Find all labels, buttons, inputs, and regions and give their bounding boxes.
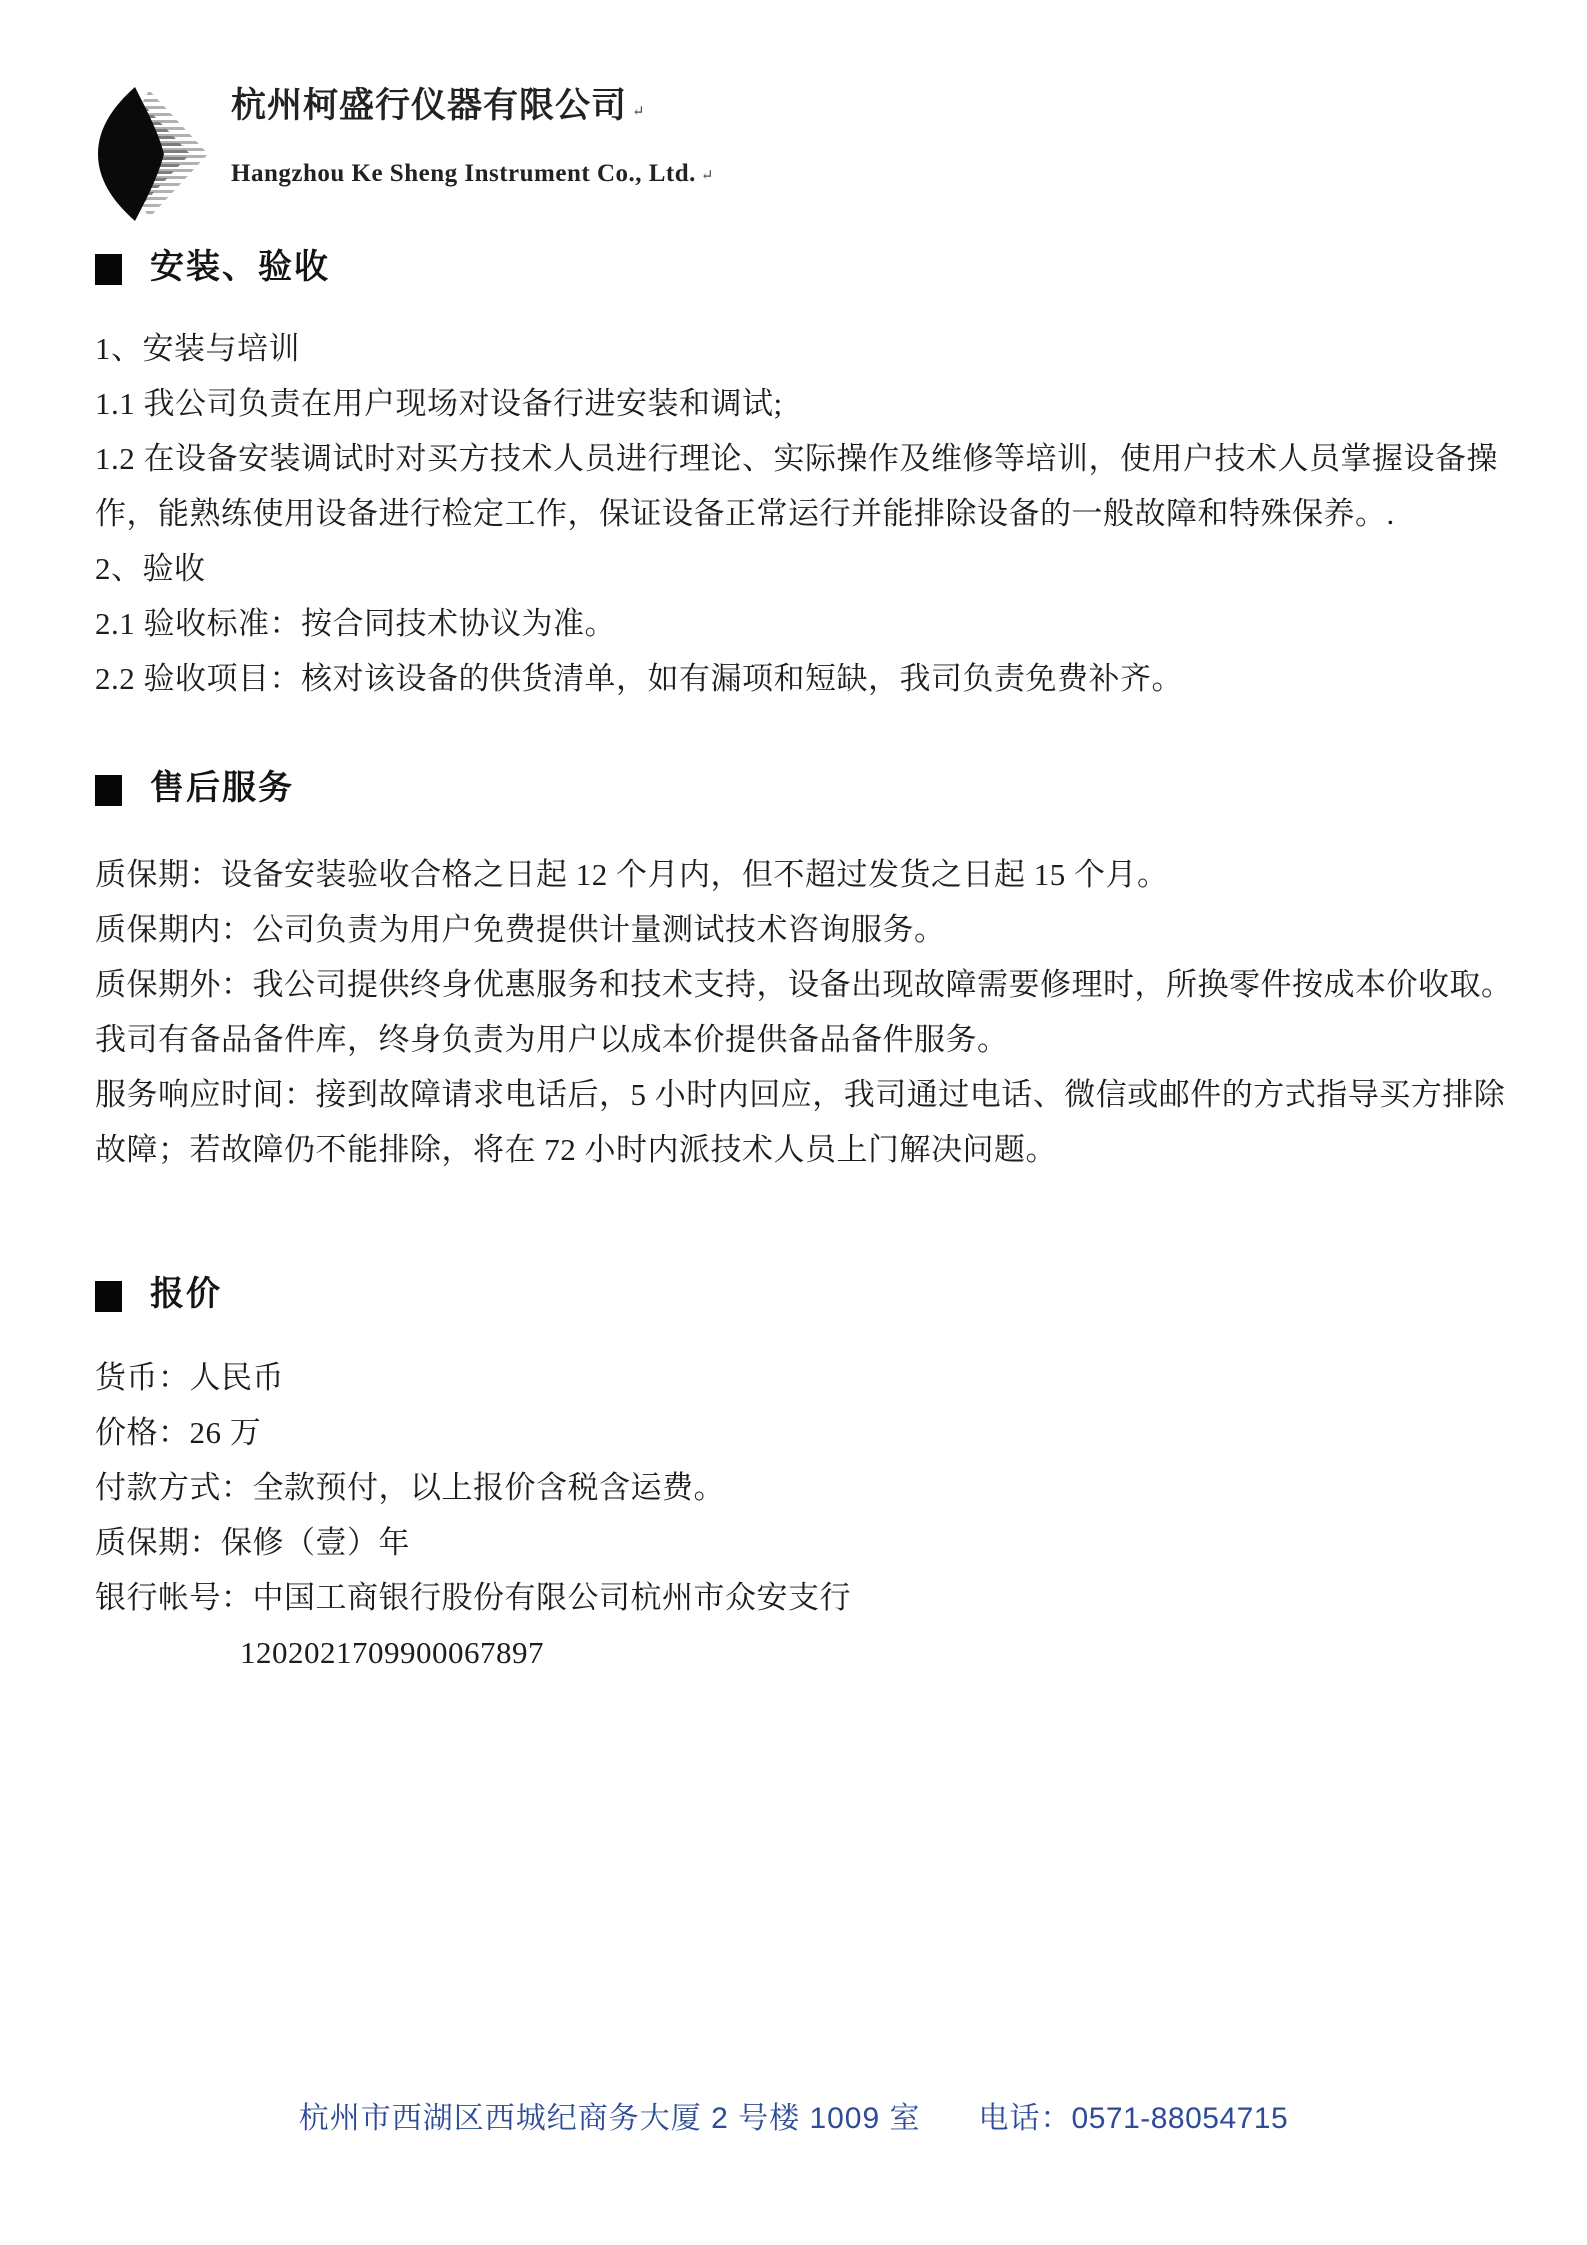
section-heading: 报价 [95, 1272, 1522, 1318]
section-bullet-icon [95, 1281, 122, 1312]
footer-phone-number: 0571-88054715 [1072, 2102, 1289, 2135]
section-title: 安装、验收 [150, 245, 330, 291]
section-title: 报价 [150, 1272, 222, 1318]
body-line: 2.2 验收项目：核对该设备的供货清单，如有漏项和短缺，我司负责免费补齐。 [95, 651, 1522, 706]
body-line: 作，能熟练使用设备进行检定工作，保证设备正常运行并能排除设备的一般故障和特殊保养… [95, 486, 1522, 541]
paragraph-return-mark: ↵ [701, 168, 714, 184]
company-name-en: Hangzhou Ke Sheng Instrument Co., Ltd.↵ [231, 160, 714, 188]
body-line: 货币：人民币 [95, 1350, 1522, 1405]
section-heading: 安装、验收 [95, 245, 1522, 291]
section-bullet-icon [95, 775, 122, 806]
company-name-zh-text: 杭州柯盛行仪器有限公司 [231, 86, 627, 125]
bank-account-number: 1202021709900067897 [95, 1625, 1522, 1680]
document-header: 杭州柯盛行仪器有限公司↵ Hangzhou Ke Sheng Instrumen… [87, 78, 1522, 230]
body-line: 质保期：保修（壹）年 [95, 1515, 1522, 1570]
section-heading: 售后服务 [95, 766, 1522, 812]
section-body: 质保期：设备安装验收合格之日起 12 个月内，但不超过发货之日起 15 个月。 … [95, 847, 1522, 1177]
body-line: 质保期：设备安装验收合格之日起 12 个月内，但不超过发货之日起 15 个月。 [95, 847, 1522, 902]
footer-address: 杭州市西湖区西城纪商务大厦 2 号楼 1009 室 [299, 2102, 921, 2135]
body-line: 我司有备品备件库，终身负责为用户以成本价提供备品备件服务。 [95, 1012, 1522, 1067]
body-line: 故障；若故障仍不能排除，将在 72 小时内派技术人员上门解决问题。 [95, 1122, 1522, 1177]
body-line: 1、安装与培训 [95, 321, 1522, 376]
section-title: 售后服务 [150, 766, 294, 812]
body-line: 质保期外：我公司提供终身优惠服务和技术支持，设备出现故障需要修理时，所换零件按成… [95, 957, 1522, 1012]
page-footer: 杭州市西湖区西城纪商务大厦 2 号楼 1009 室电话：0571-8805471… [0, 2098, 1587, 2140]
footer-phone-label: 电话： [979, 2102, 1072, 2135]
body-line: 服务响应时间：接到故障请求电话后，5 小时内回应，我司通过电话、微信或邮件的方式… [95, 1067, 1522, 1122]
body-line: 2.1 验收标准：按合同技术协议为准。 [95, 596, 1522, 651]
company-name-zh: 杭州柯盛行仪器有限公司↵ [231, 84, 714, 134]
section-body: 1、安装与培训 1.1 我公司负责在用户现场对设备行进安装和调试; 1.2 在设… [95, 321, 1522, 706]
section-quotation: 报价 货币：人民币 价格：26 万 付款方式：全款预付，以上报价含税含运费。 质… [95, 1272, 1522, 1680]
company-logo-icon [87, 78, 209, 230]
paragraph-return-mark: ↵ [632, 104, 646, 120]
section-after-sales-service: 售后服务 质保期：设备安装验收合格之日起 12 个月内，但不超过发货之日起 15… [95, 766, 1522, 1177]
body-line: 1.1 我公司负责在用户现场对设备行进安装和调试; [95, 376, 1522, 431]
body-line: 2、验收 [95, 541, 1522, 596]
section-body: 货币：人民币 价格：26 万 付款方式：全款预付，以上报价含税含运费。 质保期：… [95, 1350, 1522, 1680]
body-line: 质保期内：公司负责为用户免费提供计量测试技术咨询服务。 [95, 902, 1522, 957]
company-name-block: 杭州柯盛行仪器有限公司↵ Hangzhou Ke Sheng Instrumen… [231, 78, 714, 188]
section-install-acceptance: 安装、验收 1、安装与培训 1.1 我公司负责在用户现场对设备行进安装和调试; … [95, 245, 1522, 706]
document-page: 杭州柯盛行仪器有限公司↵ Hangzhou Ke Sheng Instrumen… [0, 0, 1587, 2245]
body-line: 价格：26 万 [95, 1405, 1522, 1460]
section-bullet-icon [95, 254, 122, 285]
company-name-en-text: Hangzhou Ke Sheng Instrument Co., Ltd. [231, 160, 696, 187]
body-line: 1.2 在设备安装调试时对买方技术人员进行理论、实际操作及维修等培训，使用户技术… [95, 431, 1522, 486]
body-line: 付款方式：全款预付，以上报价含税含运费。 [95, 1460, 1522, 1515]
body-line: 银行帐号：中国工商银行股份有限公司杭州市众安支行 [95, 1570, 1522, 1625]
